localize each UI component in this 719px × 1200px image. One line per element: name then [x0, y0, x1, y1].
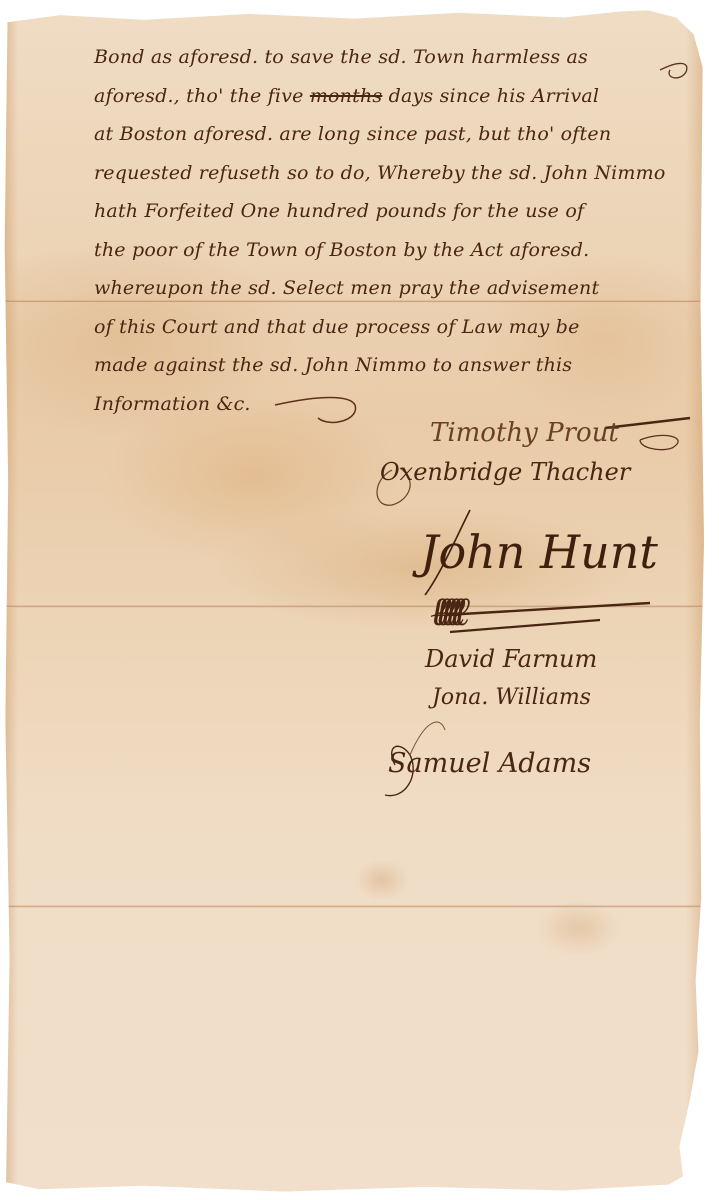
signature-oxenbridge-thacher: Oxenbridge Thacher: [380, 458, 630, 486]
signature-timothy-prout: Timothy Prout: [430, 418, 619, 448]
struck-signature-flourish: ℓℓℓℓℓℓ: [430, 588, 458, 635]
signature-block: Timothy Prout Oxenbridge Thacher John Hu…: [0, 0, 719, 1200]
signature-samuel-adams: Samuel Adams: [388, 748, 591, 779]
signature-jona-williams: Jona. Williams: [432, 685, 591, 710]
signature-david-farnum: David Farnum: [425, 645, 597, 673]
signature-john-hunt: John Hunt: [420, 525, 658, 579]
document-viewer: Bond as aforesd. to save the sd. Town ha…: [0, 0, 719, 1200]
